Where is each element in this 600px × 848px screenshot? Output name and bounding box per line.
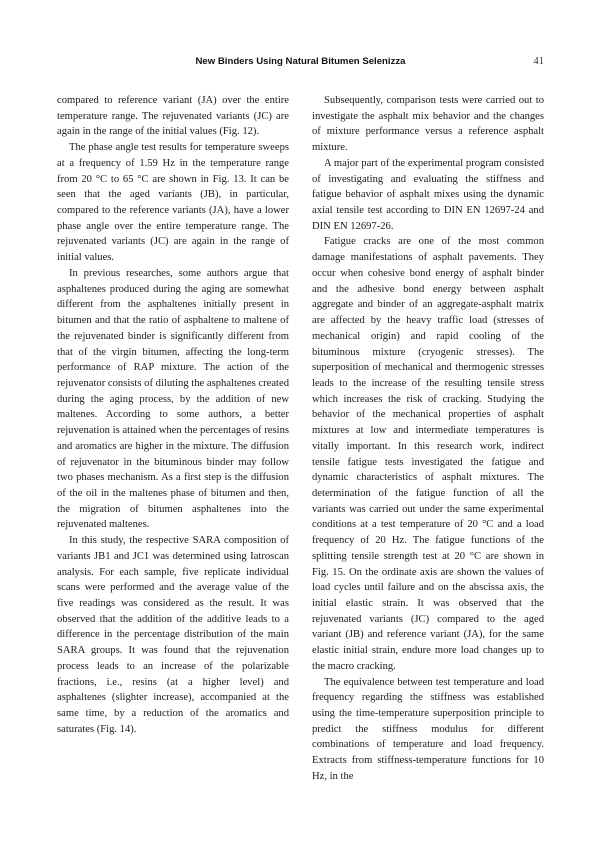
running-head: New Binders Using Natural Bitumen Seleni… [57,55,544,71]
paragraph-phase-angle: The phase angle test results for tempera… [57,140,289,266]
paragraph-fatigue-cracks: Fatigue cracks are one of the most commo… [312,234,544,674]
right-column: Subsequently, comparison tests were carr… [312,93,544,785]
page-number: 41 [534,55,545,69]
running-title: New Binders Using Natural Bitumen Seleni… [57,55,544,69]
paragraph-previous-research: In previous researches, some authors arg… [57,266,289,533]
paragraph-experimental-program: A major part of the experimental program… [312,156,544,235]
paragraph-time-temperature: The equivalence between test temperature… [312,675,544,785]
paragraph-continuation: compared to reference variant (JA) over … [57,93,289,140]
paragraph-comparison-tests: Subsequently, comparison tests were carr… [312,93,544,156]
left-column: compared to reference variant (JA) over … [57,93,289,737]
paragraph-sara-composition: In this study, the respective SARA compo… [57,533,289,737]
